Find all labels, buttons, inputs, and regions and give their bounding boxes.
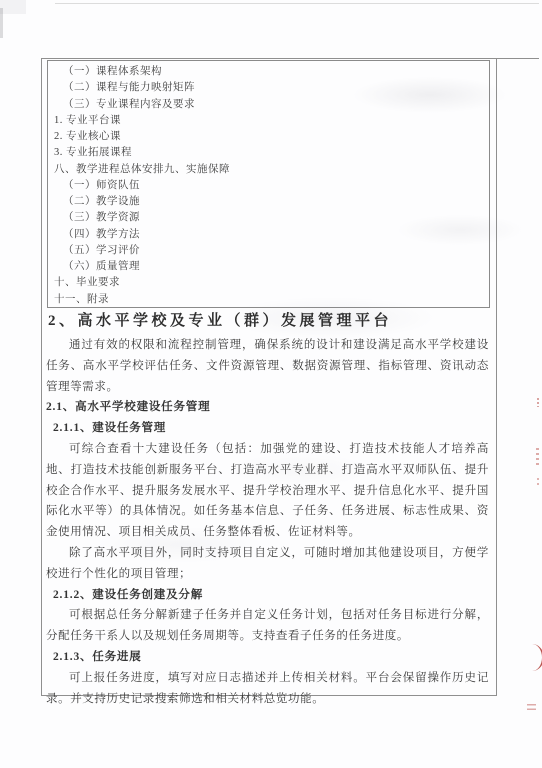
toc-item: 十、毕业要求 (54, 275, 485, 291)
red-ink-mark (531, 644, 542, 671)
red-ink-mark (536, 448, 539, 466)
toc-item: 1. 专业平台课 (54, 113, 485, 129)
toc-list-box: （一）课程体系架构（二）课程与能力映射矩阵（三）专业课程内容及要求1. 专业平台… (47, 60, 490, 308)
toc-item: （二）课程与能力映射矩阵 (54, 80, 485, 96)
toc-item: 八、教学进程总体安排九、实施保障 (54, 162, 485, 178)
section-heading: 2、高水平学校及专业（群）发展管理平台 (48, 312, 489, 331)
toc-item: 3. 专业拓展课程 (54, 145, 485, 161)
toc-item: （二）教学设施 (54, 194, 485, 210)
body-paragraph: 可综合查看十大建设任务（包括：加强党的建设、打造技术技能人才培养高地、打造技术技… (46, 439, 489, 543)
toc-item: 十一、附录 (54, 292, 485, 308)
toc-item: （一）师资队伍 (54, 178, 485, 194)
body-paragraph: 可上报任务进度，填写对应日志描述并上传相关材料。平台会保留操作历史记录。并支持历… (46, 668, 489, 710)
toc-item: （四）教学方法 (54, 227, 485, 243)
sub-subsection-heading: 2.1.1、建设任务管理 (46, 418, 489, 439)
red-ink-mark (537, 398, 539, 407)
body-paragraph: 可根据总任务分解新建子任务并自定义任务计划，包括对任务目标进行分解，分配任务干系… (46, 605, 489, 647)
subsection-heading: 2.1、高水平学校建设任务管理 (46, 397, 489, 418)
red-ink-mark (537, 478, 539, 488)
section-content: 2、高水平学校及专业（群）发展管理平台通过有效的权限和流程控制管理，确保系统的设… (42, 312, 496, 709)
scanned-document-page: （一）课程体系架构（二）课程与能力映射矩阵（三）专业课程内容及要求1. 专业平台… (0, 0, 542, 768)
sub-subsection-heading: 2.1.3、任务进展 (46, 647, 489, 668)
table-cell-border: （一）课程体系架构（二）课程与能力映射矩阵（三）专业课程内容及要求1. 专业平台… (41, 59, 497, 696)
toc-item: （六）质量管理 (54, 259, 485, 275)
scan-corner-smudge (0, 0, 26, 14)
body-paragraph: 除了高水平项目外，同时支持项目自定义，可随时增加其他建设项目，方便学校进行个性化… (46, 543, 489, 585)
toc-item: （一）课程体系架构 (54, 64, 485, 80)
sub-subsection-heading: 2.1.2、建设任务创建及分解 (46, 585, 489, 606)
toc-item: （三）专业课程内容及要求 (54, 97, 485, 113)
scan-top-rule (55, 3, 539, 4)
toc-item: （三）教学资源 (54, 210, 485, 226)
red-ink-mark (527, 704, 536, 712)
toc-item: 2. 专业核心课 (54, 129, 485, 145)
body-paragraph: 通过有效的权限和流程控制管理，确保系统的设计和建设满足高水平学校建设任务、高水平… (46, 335, 489, 397)
toc-item: （五）学习评价 (54, 243, 485, 259)
